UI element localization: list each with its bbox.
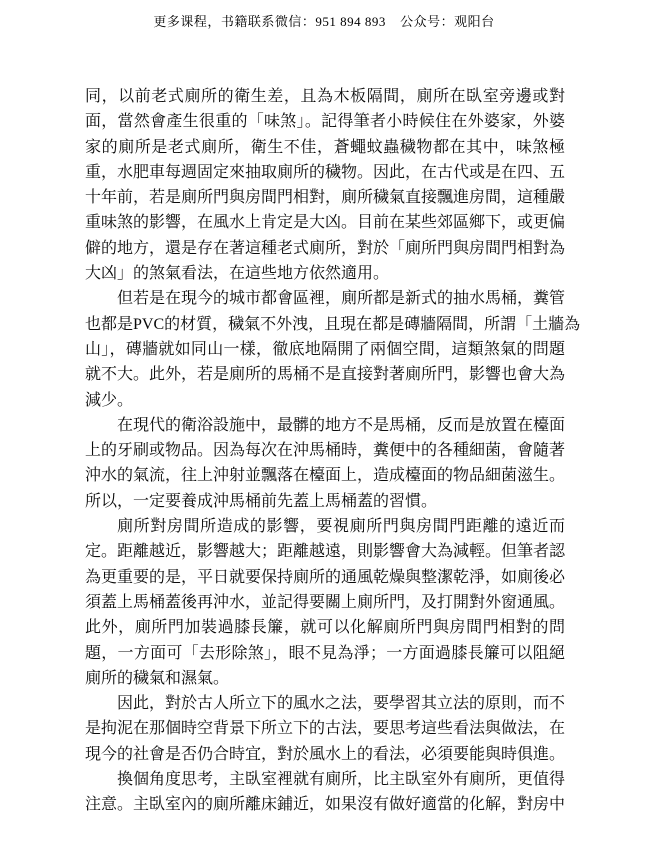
text-line: 上的牙刷或物品。因為每次在沖馬桶時，糞便中的各種細菌，會隨著: [85, 438, 565, 463]
paragraph: 同，以前老式廁所的衛生差，且為木板隔間，廁所在臥室旁邊或對面，當然會產生很重的「…: [85, 84, 565, 286]
text-line: 是拘泥在那個時空背景下所立下的古法，要思考這些看法與做法，在: [85, 716, 565, 741]
text-line: 須蓋上馬桶蓋後再沖水，並記得要關上廁所門，及打開對外窗通風。: [85, 590, 565, 615]
paragraph: 因此，對於古人所立下的風水之法，要學習其立法的原則，而不是拘泥在那個時空背景下所…: [85, 691, 565, 767]
header-account-note: 公众号：观阳台: [400, 14, 495, 29]
text-line: 山」，磚牆就如同山一樣，徹底地隔開了兩個空間，這類煞氣的問題: [85, 337, 565, 362]
paragraph: 在現代的衛浴設施中，最髒的地方不是馬桶，反而是放置在檯面上的牙刷或物品。因為每次…: [85, 413, 565, 514]
page-header: 更多课程，书籍联系微信：951 894 893公众号：观阳台: [0, 0, 648, 30]
text-line: 大凶」的煞氣看法，在這些地方依然適用。: [85, 261, 565, 286]
text-line: 所以，一定要養成沖馬桶前先蓋上馬桶蓋的習慣。: [85, 489, 565, 514]
text-line: 題，一方面可「去形除煞」，眼不見為淨；一方面過膝長簾可以阻絕: [85, 641, 565, 666]
document-page: 更多课程，书籍联系微信：951 894 893公众号：观阳台 同，以前老式廁所的…: [0, 0, 648, 853]
text-line: 注意。主臥室內的廁所離床鋪近，如果沒有做好適當的化解，對房中: [85, 792, 565, 817]
body-text: 同，以前老式廁所的衛生差，且為木板隔間，廁所在臥室旁邊或對面，當然會產生很重的「…: [85, 84, 565, 818]
text-line: 換個角度思考，主臥室裡就有廁所，比主臥室外有廁所，更值得: [85, 767, 565, 792]
paragraph: 換個角度思考，主臥室裡就有廁所，比主臥室外有廁所，更值得注意。主臥室內的廁所離床…: [85, 767, 565, 818]
paragraph: 廁所對房間所造成的影響，要視廁所門與房間門距離的遠近而定。距離越近，影響越大；距…: [85, 514, 565, 691]
text-line: 僻的地方，還是存在著這種老式廁所，對於「廁所門與房間門相對為: [85, 236, 565, 261]
text-line: 在現代的衛浴設施中，最髒的地方不是馬桶，反而是放置在檯面: [85, 413, 565, 438]
text-line: 因此，對於古人所立下的風水之法，要學習其立法的原則，而不: [85, 691, 565, 716]
paragraph: 但若是在現今的城市都會區裡，廁所都是新式的抽水馬桶，糞管也都是PVC的材質，穢氣…: [85, 286, 565, 412]
text-line: 就不大。此外，若是廁所的馬桶不是直接對著廁所門，影響也會大為: [85, 362, 565, 387]
text-line: 為更重要的是，平日就要保持廁所的通風乾燥與整潔乾淨，如廁後必: [85, 565, 565, 590]
text-line: 廁所的穢氣和濕氣。: [85, 666, 565, 691]
text-line: 面，當然會產生很重的「味煞」。記得筆者小時候住在外婆家，外婆: [85, 109, 565, 134]
header-contact-note: 更多课程，书籍联系微信：951 894 893: [153, 14, 386, 29]
text-line: 此外，廁所門加裝過膝長簾，就可以化解廁所門與房間門相對的問: [85, 615, 565, 640]
text-line: 減少。: [85, 388, 565, 413]
text-line: 重，水肥車每週固定來抽取廁所的穢物。因此，在古代或是在四、五: [85, 160, 565, 185]
text-line: 但若是在現今的城市都會區裡，廁所都是新式的抽水馬桶，糞管: [85, 286, 565, 311]
text-line: 同，以前老式廁所的衛生差，且為木板隔間，廁所在臥室旁邊或對: [85, 84, 565, 109]
text-line: 十年前，若是廁所門與房間門相對，廁所穢氣直接飄進房間，這種嚴: [85, 185, 565, 210]
text-line: 沖水的氣流，往上沖射並飄落在檯面上，造成檯面的物品細菌滋生。: [85, 463, 565, 488]
text-line: 定。距離越近，影響越大；距離越遠，則影響會大為減輕。但筆者認: [85, 539, 565, 564]
text-line: 重味煞的影響，在風水上肯定是大凶。目前在某些郊區鄉下，或更偏: [85, 210, 565, 235]
text-line: 現今的社會是否仍合時宜，對於風水上的看法，必須要能與時俱進。: [85, 742, 565, 767]
text-line: 也都是PVC的材質，穢氣不外洩，且現在都是磚牆隔間，所謂「土牆為: [85, 312, 565, 337]
text-line: 廁所對房間所造成的影響，要視廁所門與房間門距離的遠近而: [85, 514, 565, 539]
text-line: 家的廁所是老式廁所，衛生不佳，蒼蠅蚊蟲穢物都在其中，味煞極: [85, 135, 565, 160]
